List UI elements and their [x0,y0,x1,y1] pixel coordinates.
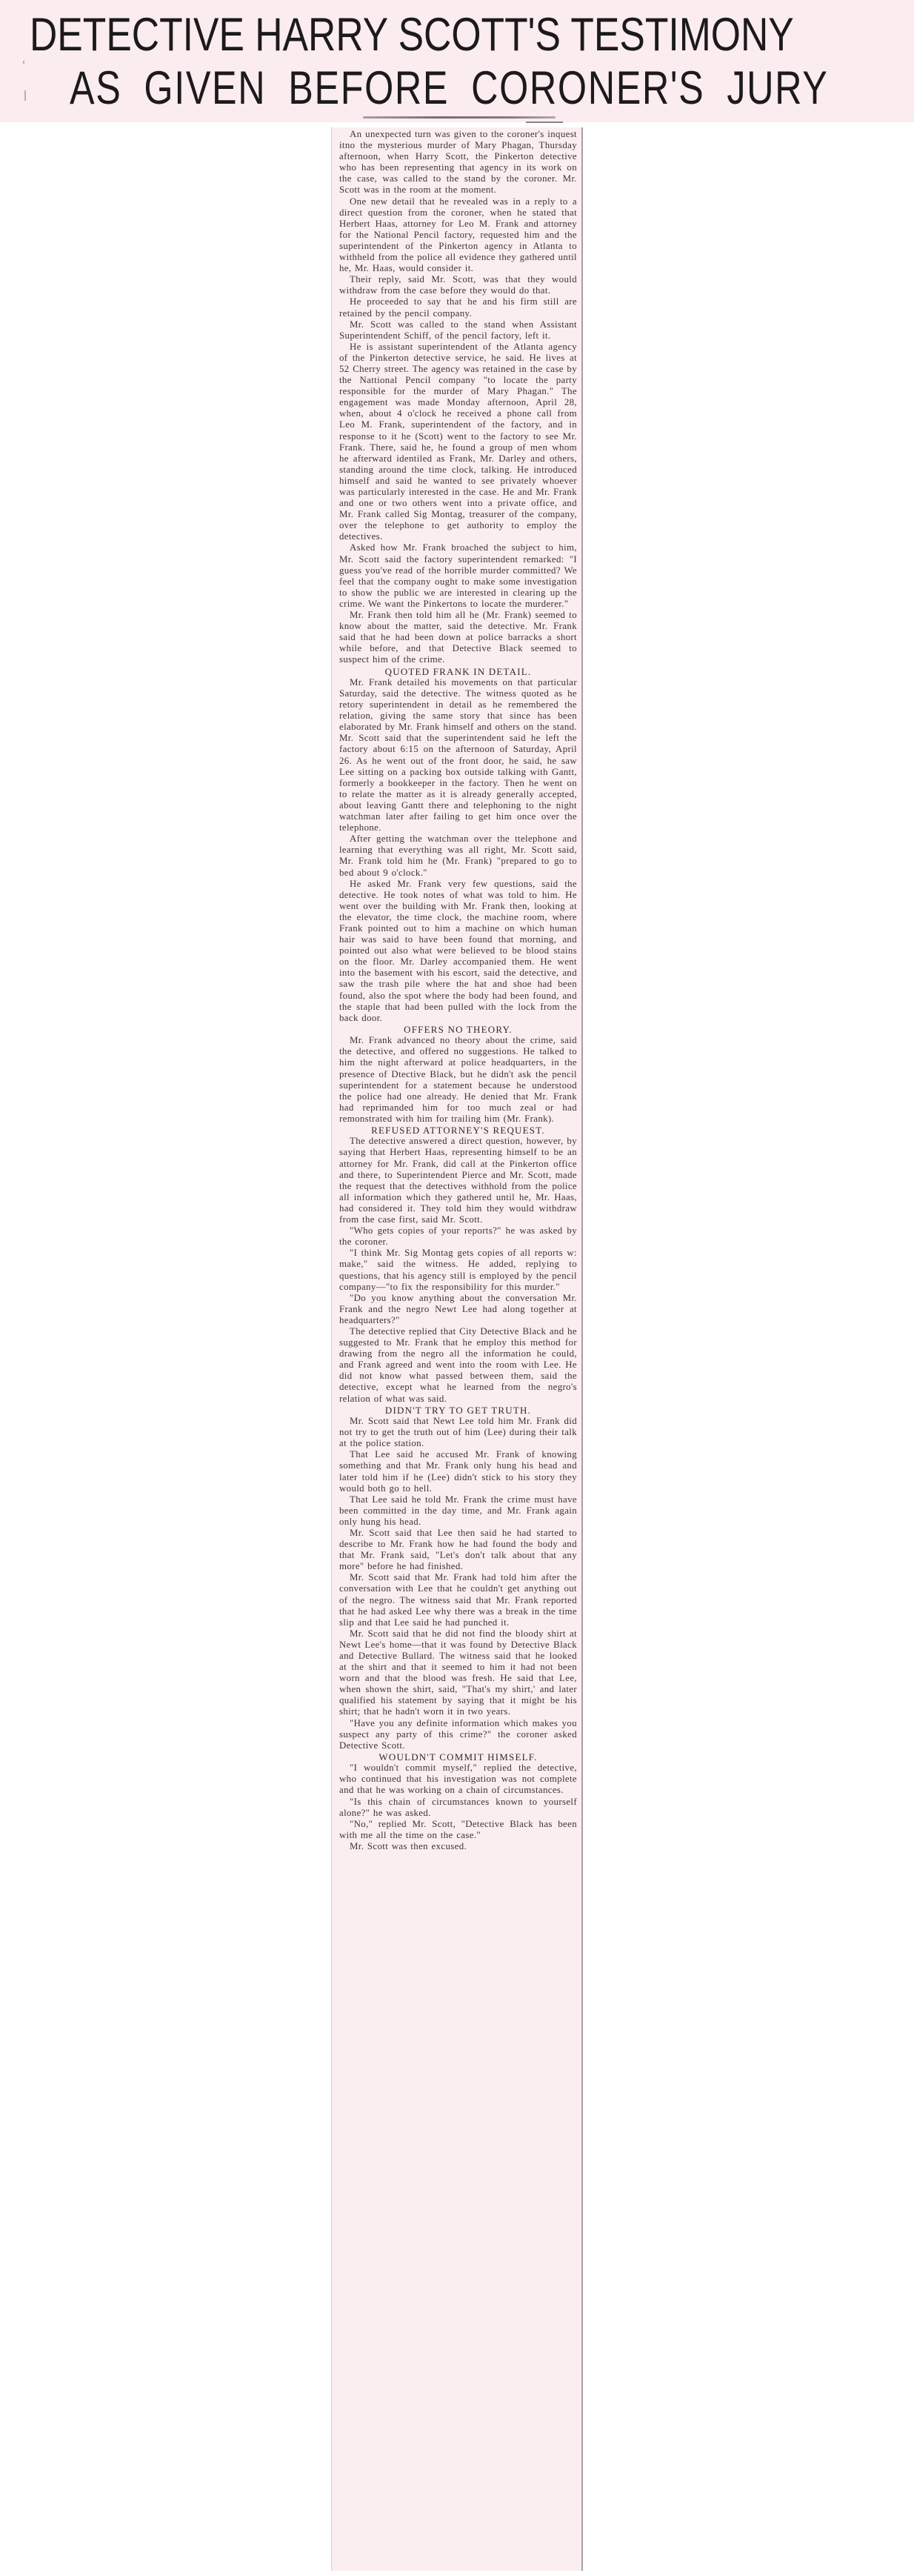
paragraph-closing: Mr. Scott was then excused. [339,1841,577,1852]
paragraph: He proceeded to say that he and his firm… [339,296,577,319]
subhead-quoted-frank: QUOTED FRANK IN DETAIL. [339,666,577,677]
subhead-wouldnt-commit: WOULDN'T COMMIT HIMSELF. [339,1751,577,1763]
paragraph: Mr. Frank advanced no theory about the c… [339,1035,577,1125]
paragraph: After getting the watchman over the ttel… [339,833,577,878]
paragraph: Mr. Scott said that Mr. Frank had told h… [339,1572,577,1628]
paragraph: Asked how Mr. Frank broached the subject… [339,542,577,610]
subhead-offers-no-theory: OFFERS NO THEORY. [339,1024,577,1035]
subhead-didnt-try: DIDN'T TRY TO GET TRUTH. [339,1405,577,1416]
paragraph: That Lee said he accused Mr. Frank of kn… [339,1449,577,1494]
paragraph: Mr. Frank then told him all he (Mr. Fran… [339,610,577,665]
headline-line-1: DETECTIVE HARRY SCOTT'S TESTIMONY [30,10,794,59]
paragraph: The detective replied that City Detectiv… [339,1326,577,1405]
paragraph: "No," replied Mr. Scott, "Detective Blac… [339,1819,577,1841]
paragraph: "Have you any definite information which… [339,1718,577,1751]
paragraph: Mr. Scott was called to the stand when A… [339,319,577,342]
paragraph: He asked Mr. Frank very few questions, s… [339,879,577,1024]
paragraph: "Is this chain of circumstances known to… [339,1797,577,1819]
paragraph: "Who gets copies of your reports?" he wa… [339,1225,577,1248]
subhead-refused-attorney: REFUSED ATTORNEY'S REQUEST. [339,1125,577,1136]
paragraph: Mr. Frank detailed his movements on that… [339,677,577,833]
paragraph: "Do you know anything about the conversa… [339,1293,577,1326]
decorative-rule [363,116,556,119]
paragraph-intro: An unexpected turn was given to the coro… [339,129,577,196]
paragraph: Mr. Scott said that Newt Lee told him Mr… [339,1416,577,1449]
headline-line-2: AS GIVEN BEFORE CORONER'S JURY [70,64,828,113]
paragraph: One new detail that he revealed was in a… [339,196,577,275]
paragraph: Their reply, said Mr. Scott, was that th… [339,274,577,296]
print-speck [24,90,26,101]
paragraph: The detective answered a direct question… [339,1136,577,1225]
paragraph: He is assistant superintendent of the At… [339,342,577,543]
paragraph: That Lee said he told Mr. Frank the crim… [339,1494,577,1528]
paragraph: Mr. Scott said that Lee then said he had… [339,1528,577,1572]
paragraph: "I think Mr. Sig Montag gets copies of a… [339,1248,577,1292]
paragraph: "I wouldn't commit myself," replied the … [339,1763,577,1796]
paragraph: Mr. Scott said that he did not find the … [339,1628,577,1718]
print-speck [23,61,24,64]
article-column: An unexpected turn was given to the coro… [331,127,583,2571]
decorative-rule-short [526,122,563,123]
